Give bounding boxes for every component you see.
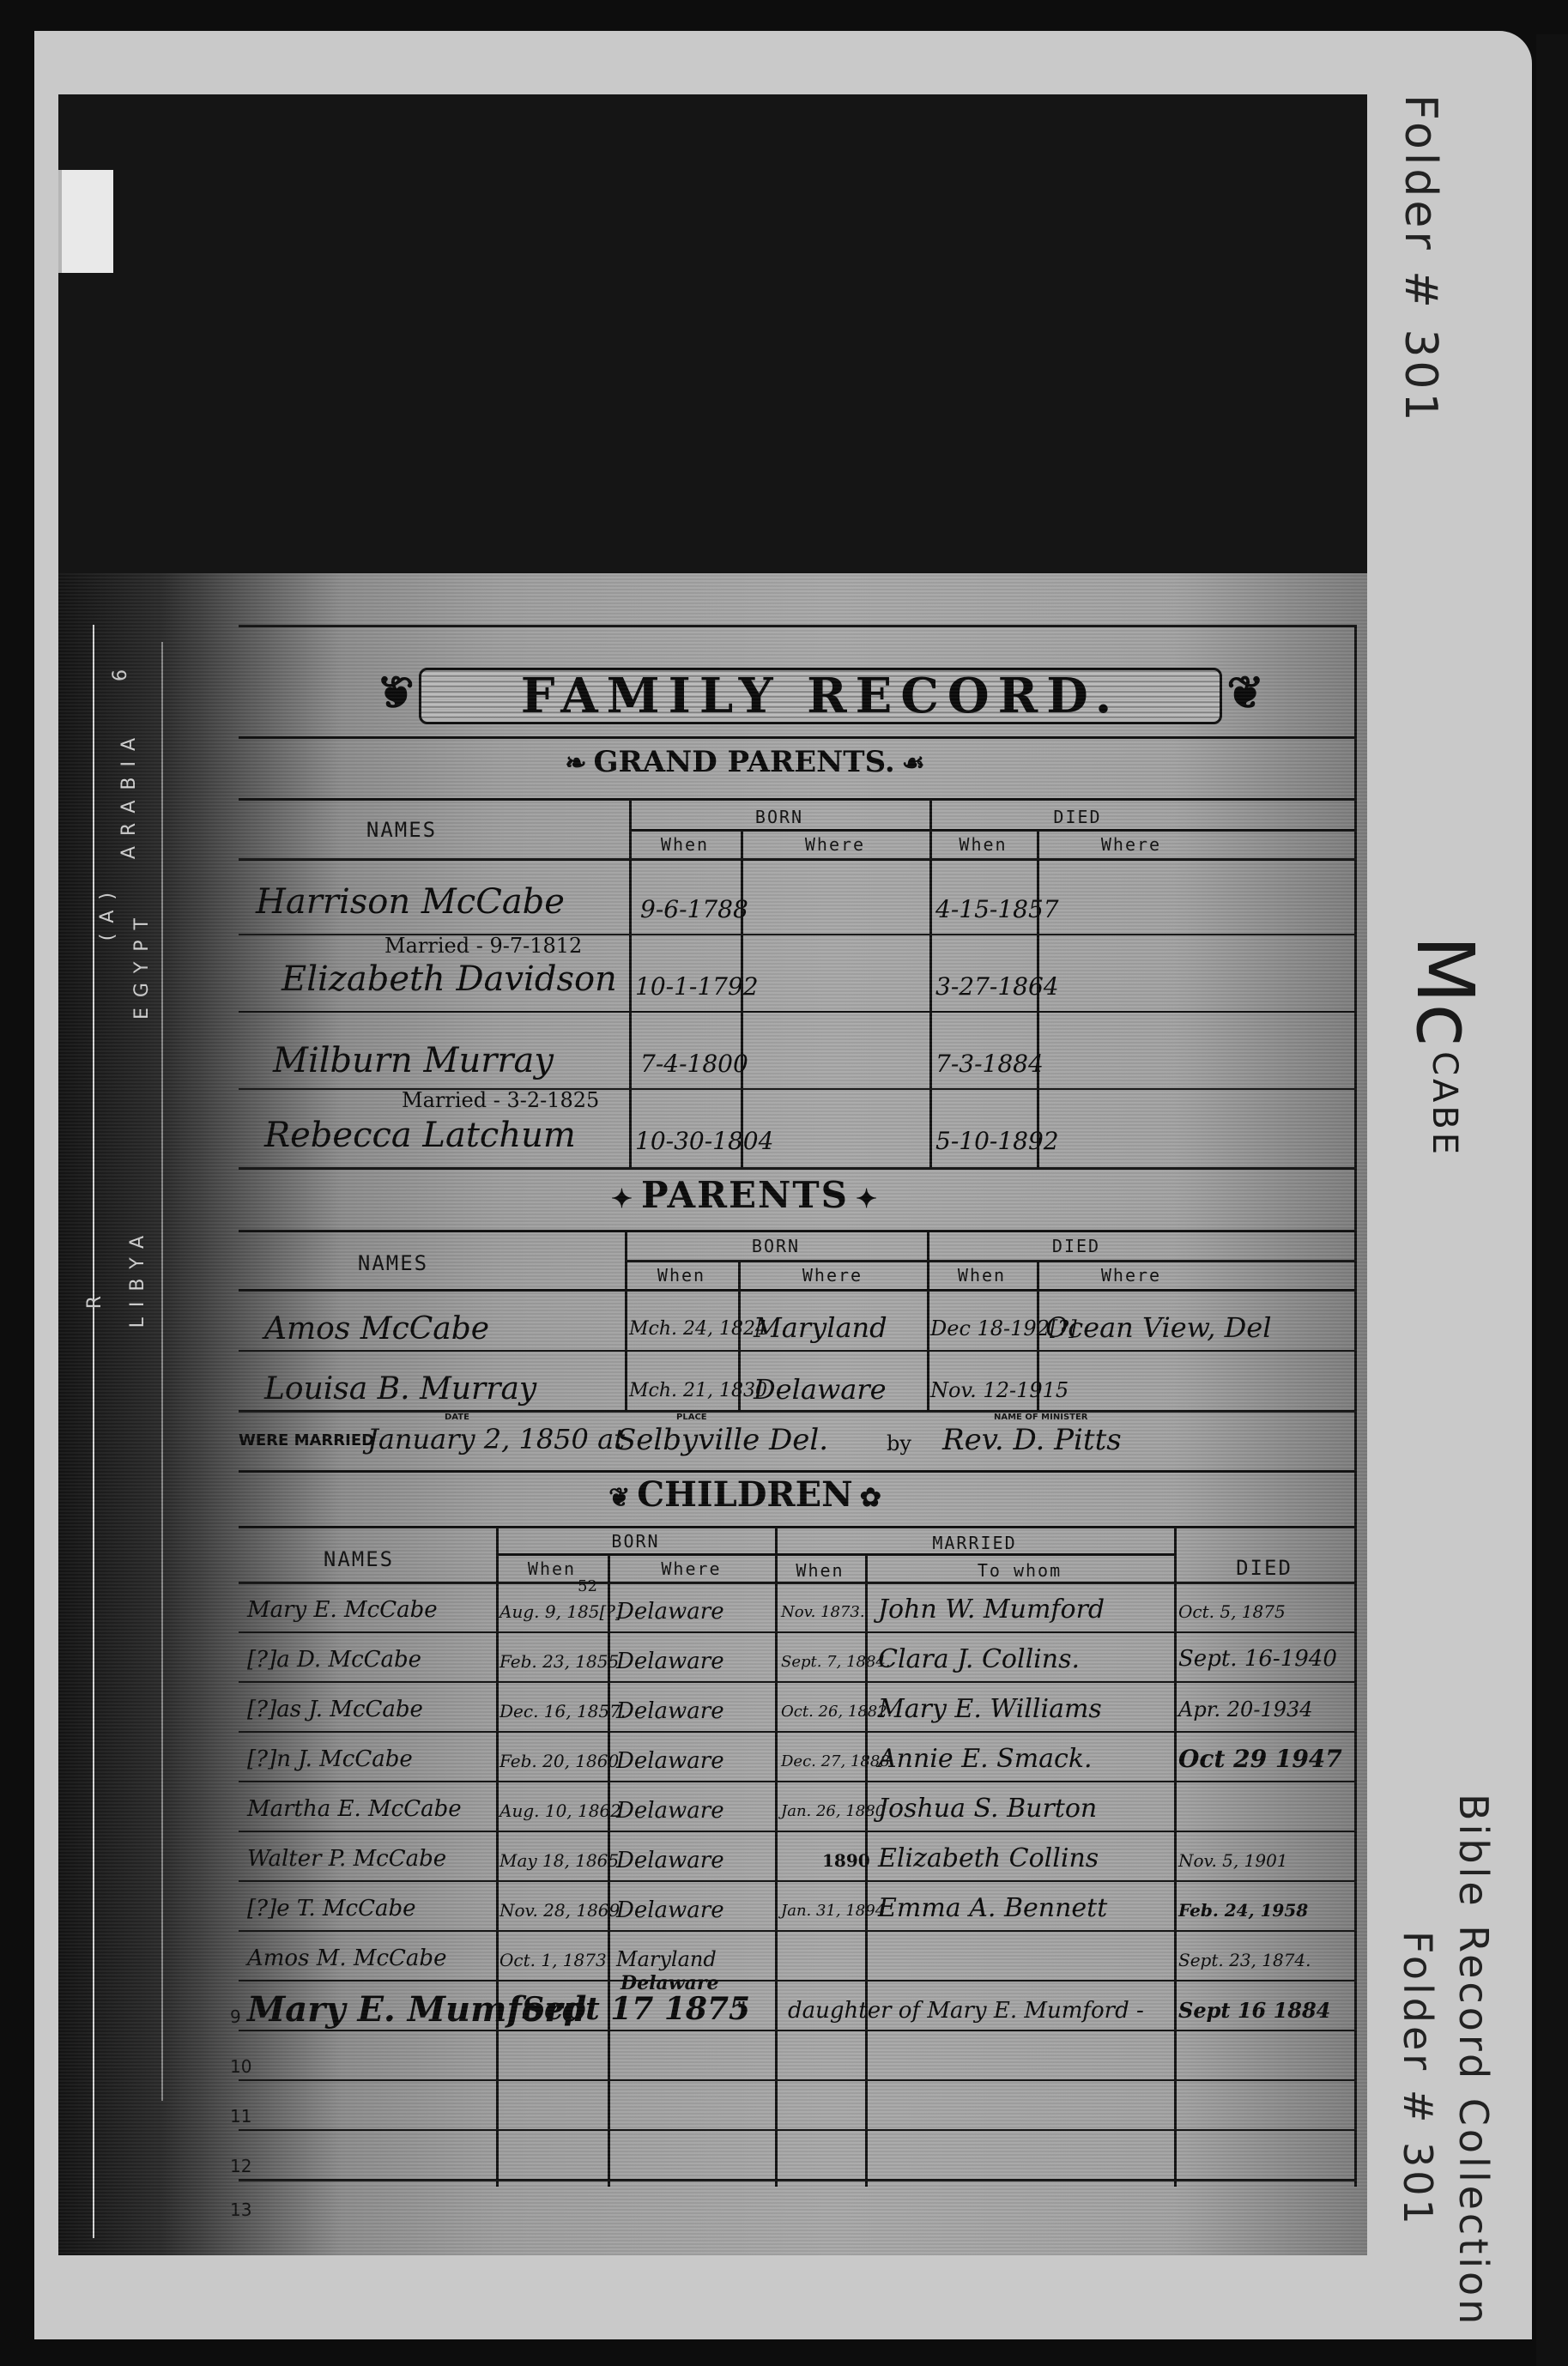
c-row-line <box>239 1880 1354 1882</box>
binding-tab <box>58 170 113 273</box>
marriage-place: Selbyville Del. <box>616 1423 828 1457</box>
p-header-top <box>239 1230 1354 1232</box>
gp-col-line <box>929 798 932 1169</box>
child-died: Sept. 23, 1874. <box>1178 1950 1311 1970</box>
gp-name: Elizabeth Davidson <box>282 959 617 999</box>
child-died: Oct. 5, 1875 <box>1178 1601 1286 1622</box>
gp-born-when: 10-30-1804 <box>635 1127 773 1155</box>
frame-top <box>239 625 1354 627</box>
child-died: Oct 29 1947 <box>1178 1745 1342 1773</box>
by-label: by <box>887 1431 911 1455</box>
c-row-line <box>239 1980 1354 1982</box>
p-col-line <box>625 1230 627 1410</box>
child-married-when: Sept. 7, 1884. <box>781 1653 891 1671</box>
child-born-when: Aug. 10, 1862 <box>499 1800 621 1821</box>
gp-born-when: 9-6-1788 <box>640 895 748 923</box>
row-number: 13 <box>230 2200 251 2220</box>
child-born-when: Feb. 23, 1855 <box>499 1651 619 1672</box>
p-died-where: Ocean View, Del <box>1045 1311 1271 1344</box>
map-label-egypt: EGYPT <box>131 908 153 1020</box>
child-married-to: Joshua S. Burton <box>878 1794 1097 1824</box>
grandparents-title-text: GRAND PARENTS. <box>593 745 894 779</box>
c-married-when-header: When <box>775 1560 865 1581</box>
parents-title: ✦PARENTS✦ <box>573 1174 917 1216</box>
p-header-bottom <box>239 1289 1354 1292</box>
child-name: [?]as J. McCabe <box>247 1697 423 1722</box>
c-born-when-header: When <box>496 1558 608 1579</box>
c-row-line <box>239 1930 1354 1932</box>
p-died-when: Nov. 12-1915 <box>930 1378 1069 1402</box>
divider <box>239 1470 1354 1473</box>
map-label-libya: LIBYA <box>127 1225 148 1328</box>
gp-marriage-note: Married - 3-2-1825 <box>402 1088 599 1112</box>
p-name: Louisa B. Murray <box>264 1371 536 1407</box>
frame-right <box>1354 625 1357 2187</box>
ornament-icon: ✦ <box>611 1184 634 1214</box>
row-number: 9 <box>230 2006 241 2027</box>
ornament-icon: ☙ <box>902 748 925 778</box>
p-bottom-line <box>239 1410 1354 1413</box>
child-born-where: Delaware <box>616 1748 724 1774</box>
gp-name: Harrison McCabe <box>256 882 565 922</box>
child-born-when: Feb. 20, 1860 <box>499 1751 619 1771</box>
child-married-to: John W. Mumford <box>878 1594 1105 1625</box>
folder-number-label-bottom: Folder # 301 <box>1395 1931 1441 2228</box>
gp-died-when-header: When <box>929 834 1037 855</box>
child-married-when: Jan. 31, 1894 <box>781 1902 885 1920</box>
row-number: 11 <box>230 2106 251 2127</box>
marriage-date-caption: DATE <box>445 1413 469 1422</box>
map-fragment: 6 ARABIA (A) EGYPT LIBYA R <box>58 625 256 2255</box>
were-married-label: WERE MARRIED <box>239 1431 374 1449</box>
gp-bottom-line <box>239 1167 1354 1170</box>
family-record-title: FAMILY RECORD. <box>419 668 1222 724</box>
p-born-when: Mch. 24, 1824 <box>629 1318 767 1340</box>
c-col-line <box>775 1526 778 2187</box>
minister-caption: NAME OF MINISTER <box>994 1413 1088 1422</box>
gp-died-when: 3-27-1864 <box>935 972 1059 1001</box>
c-born-header: BORN <box>496 1531 775 1552</box>
ornament-icon: ✦ <box>856 1184 879 1214</box>
child-born-where: Delaware <box>616 1649 724 1674</box>
ornament-icon: ❦ <box>608 1483 630 1513</box>
marriage-place-caption: PLACE <box>676 1413 707 1422</box>
p-subheader-line <box>625 1260 1354 1262</box>
gp-born-when: 7-4-1800 <box>640 1050 748 1078</box>
p-born-header: BORN <box>625 1236 927 1256</box>
grandparents-title: ❧GRAND PARENTS.☙ <box>530 745 960 779</box>
c-col-line <box>1174 1526 1177 2187</box>
gp-names-header: NAMES <box>316 818 487 842</box>
p-died-when-header: When <box>927 1265 1037 1286</box>
child-married-to: Emma A. Bennett <box>878 1893 1107 1923</box>
c-married-header: MARRIED <box>775 1533 1174 1553</box>
ornament-icon: ❧ <box>565 748 586 778</box>
child-died: Feb. 24, 1958 <box>1178 1900 1308 1921</box>
c-subheader-line <box>496 1553 1174 1556</box>
child-born-when: Dec. 16, 1857. <box>499 1701 626 1722</box>
child-married-to: Mary E. Williams <box>878 1694 1102 1724</box>
child-born-where: Delaware <box>616 1798 724 1824</box>
p-born-where: Delaware <box>754 1373 887 1406</box>
dark-photocopy-area <box>58 94 1367 575</box>
gp-name: Milburn Murray <box>273 1041 554 1080</box>
children-title: ❦CHILDREN✿ <box>573 1474 917 1515</box>
surname-prefix: Mc <box>1399 935 1491 1047</box>
gp-died-when: 4-15-1857 <box>935 895 1059 923</box>
ornament-icon: ✿ <box>860 1483 881 1513</box>
child-name: [?]a D. McCabe <box>247 1647 421 1673</box>
child-born-where: Delaware <box>616 1848 724 1873</box>
gp-name: Rebecca Latchum <box>264 1116 576 1155</box>
c-row-line <box>239 1781 1354 1782</box>
child-married-when: 1890 <box>822 1850 870 1871</box>
row-number: 12 <box>230 2156 251 2176</box>
p-name: Amos McCabe <box>264 1311 489 1346</box>
child-born-when: Oct. 1, 1873 <box>499 1950 607 1970</box>
p-names-header: NAMES <box>307 1251 479 1275</box>
collection-label: Bible Record Collection <box>1450 1794 1497 2327</box>
child-married-to: Annie E. Smack. <box>878 1744 1093 1774</box>
map-label-arabia: ARABIA <box>118 728 140 859</box>
child-name: [?]n J. McCabe <box>247 1746 413 1772</box>
gp-header-top <box>239 798 1354 801</box>
gp-header-bottom <box>239 858 1354 861</box>
parents-title-text: PARENTS <box>641 1174 849 1216</box>
c-header-top <box>239 1526 1354 1528</box>
gp-born-header: BORN <box>629 807 929 827</box>
c-row-line <box>239 1731 1354 1733</box>
child-name: Walter P. McCabe <box>247 1846 446 1872</box>
map-label-6: 6 <box>110 659 131 681</box>
map-meridian <box>161 642 163 2101</box>
surname-rest: CABE <box>1425 1051 1464 1158</box>
folder-number-label-top: Folder # 301 <box>1395 94 1446 425</box>
child-married-to: daughter of Mary E. Mumford - <box>788 1998 1144 2024</box>
gp-born-where-header: Where <box>741 834 929 855</box>
child-died: Apr. 20-1934 <box>1178 1697 1313 1722</box>
child-name: Mary E. McCabe <box>247 1597 438 1623</box>
child-born-when: Sept 17 1875 <box>522 1991 750 2027</box>
map-label-a: (A) <box>97 882 118 941</box>
child-born-where-ditto: " <box>736 1998 747 2024</box>
p-row-line <box>239 1350 1354 1352</box>
c-row-line <box>239 2079 1354 2081</box>
c-row-line <box>239 1681 1354 1683</box>
c-row-line <box>239 2129 1354 2131</box>
children-title-text: CHILDREN <box>637 1474 852 1515</box>
c-died-header: DIED <box>1174 1556 1354 1580</box>
child-died: Sept 16 1884 <box>1178 1998 1330 2023</box>
gp-born-when-header: When <box>629 834 741 855</box>
child-name: Martha E. McCabe <box>247 1796 462 1822</box>
child-born-where: Delaware <box>621 1972 718 1994</box>
map-label-r: R <box>84 1286 106 1309</box>
child-died: Sept. 16-1940 <box>1178 1646 1337 1672</box>
gp-subheader-line <box>629 829 1354 832</box>
map-border-line <box>93 625 94 2238</box>
child-born-where: Delaware <box>616 1599 724 1625</box>
c-row-line <box>239 2030 1354 2031</box>
scan-border <box>1536 34 1568 2366</box>
child-married-to: Elizabeth Collins <box>878 1843 1099 1873</box>
child-married-when: Oct. 26, 1882. <box>781 1703 892 1721</box>
gp-died-header: DIED <box>929 807 1226 827</box>
p-born-where-header: Where <box>738 1265 927 1286</box>
child-died: Nov. 5, 1901 <box>1178 1850 1288 1871</box>
gp-marriage-note: Married - 9-7-1812 <box>384 934 582 958</box>
gp-died-where-header: Where <box>1037 834 1226 855</box>
child-born-where: Delaware <box>616 1698 724 1724</box>
c-row-line <box>239 1830 1354 1832</box>
child-born-when: May 18, 1865 <box>499 1850 619 1871</box>
p-born-when-header: When <box>625 1265 738 1286</box>
c-header-bottom <box>239 1582 1354 1584</box>
family-record-page: 6 ARABIA (A) EGYPT LIBYA R FAMILY RECORD… <box>58 573 1367 2255</box>
c-names-header: NAMES <box>273 1547 445 1571</box>
child-name: [?]e T. McCabe <box>247 1896 416 1921</box>
child-married-when: Jan. 26, 1880 <box>781 1802 885 1820</box>
child-born-when: Nov. 28, 1869 <box>499 1900 620 1921</box>
surname-label: Mc CABE <box>1399 935 1491 1158</box>
gp-died-when: 5-10-1892 <box>935 1127 1059 1155</box>
gp-born-when: 10-1-1792 <box>635 972 759 1001</box>
row-number: 10 <box>230 2056 251 2077</box>
p-col-line <box>927 1230 929 1410</box>
child-married-when: Nov. 1873. <box>781 1603 865 1621</box>
c-to-whom-header: To whom <box>865 1560 1174 1581</box>
minister-name: Rev. D. Pitts <box>942 1423 1122 1457</box>
c-col-line <box>496 1526 499 2187</box>
p-born-when: Mch. 21, 1830 <box>629 1380 767 1401</box>
record-form: FAMILY RECORD. ❧GRAND PARENTS.☙ NAMES BO… <box>239 625 1354 2187</box>
child-born-when: Aug. 9, 185[?] <box>499 1601 622 1622</box>
p-born-where: Maryland <box>754 1311 887 1344</box>
child-born-where: Maryland <box>616 1947 717 1971</box>
c-born-where-header: Where <box>608 1558 775 1579</box>
child-born-when-note: 52 <box>578 1577 597 1595</box>
child-name: Amos M. McCabe <box>247 1945 446 1971</box>
divider <box>239 736 1354 739</box>
p-died-header: DIED <box>927 1236 1226 1256</box>
gp-row-line <box>239 1011 1354 1013</box>
marriage-date: January 2, 1850 at <box>367 1423 625 1455</box>
c-bottom-line <box>239 2179 1354 2181</box>
gp-col-line <box>629 798 632 1169</box>
gp-died-when: 7-3-1884 <box>935 1050 1044 1078</box>
child-born-where: Delaware <box>616 1897 724 1923</box>
p-died-where-header: Where <box>1037 1265 1226 1286</box>
child-married-to: Clara J. Collins. <box>878 1644 1080 1674</box>
c-row-line <box>239 1631 1354 1633</box>
